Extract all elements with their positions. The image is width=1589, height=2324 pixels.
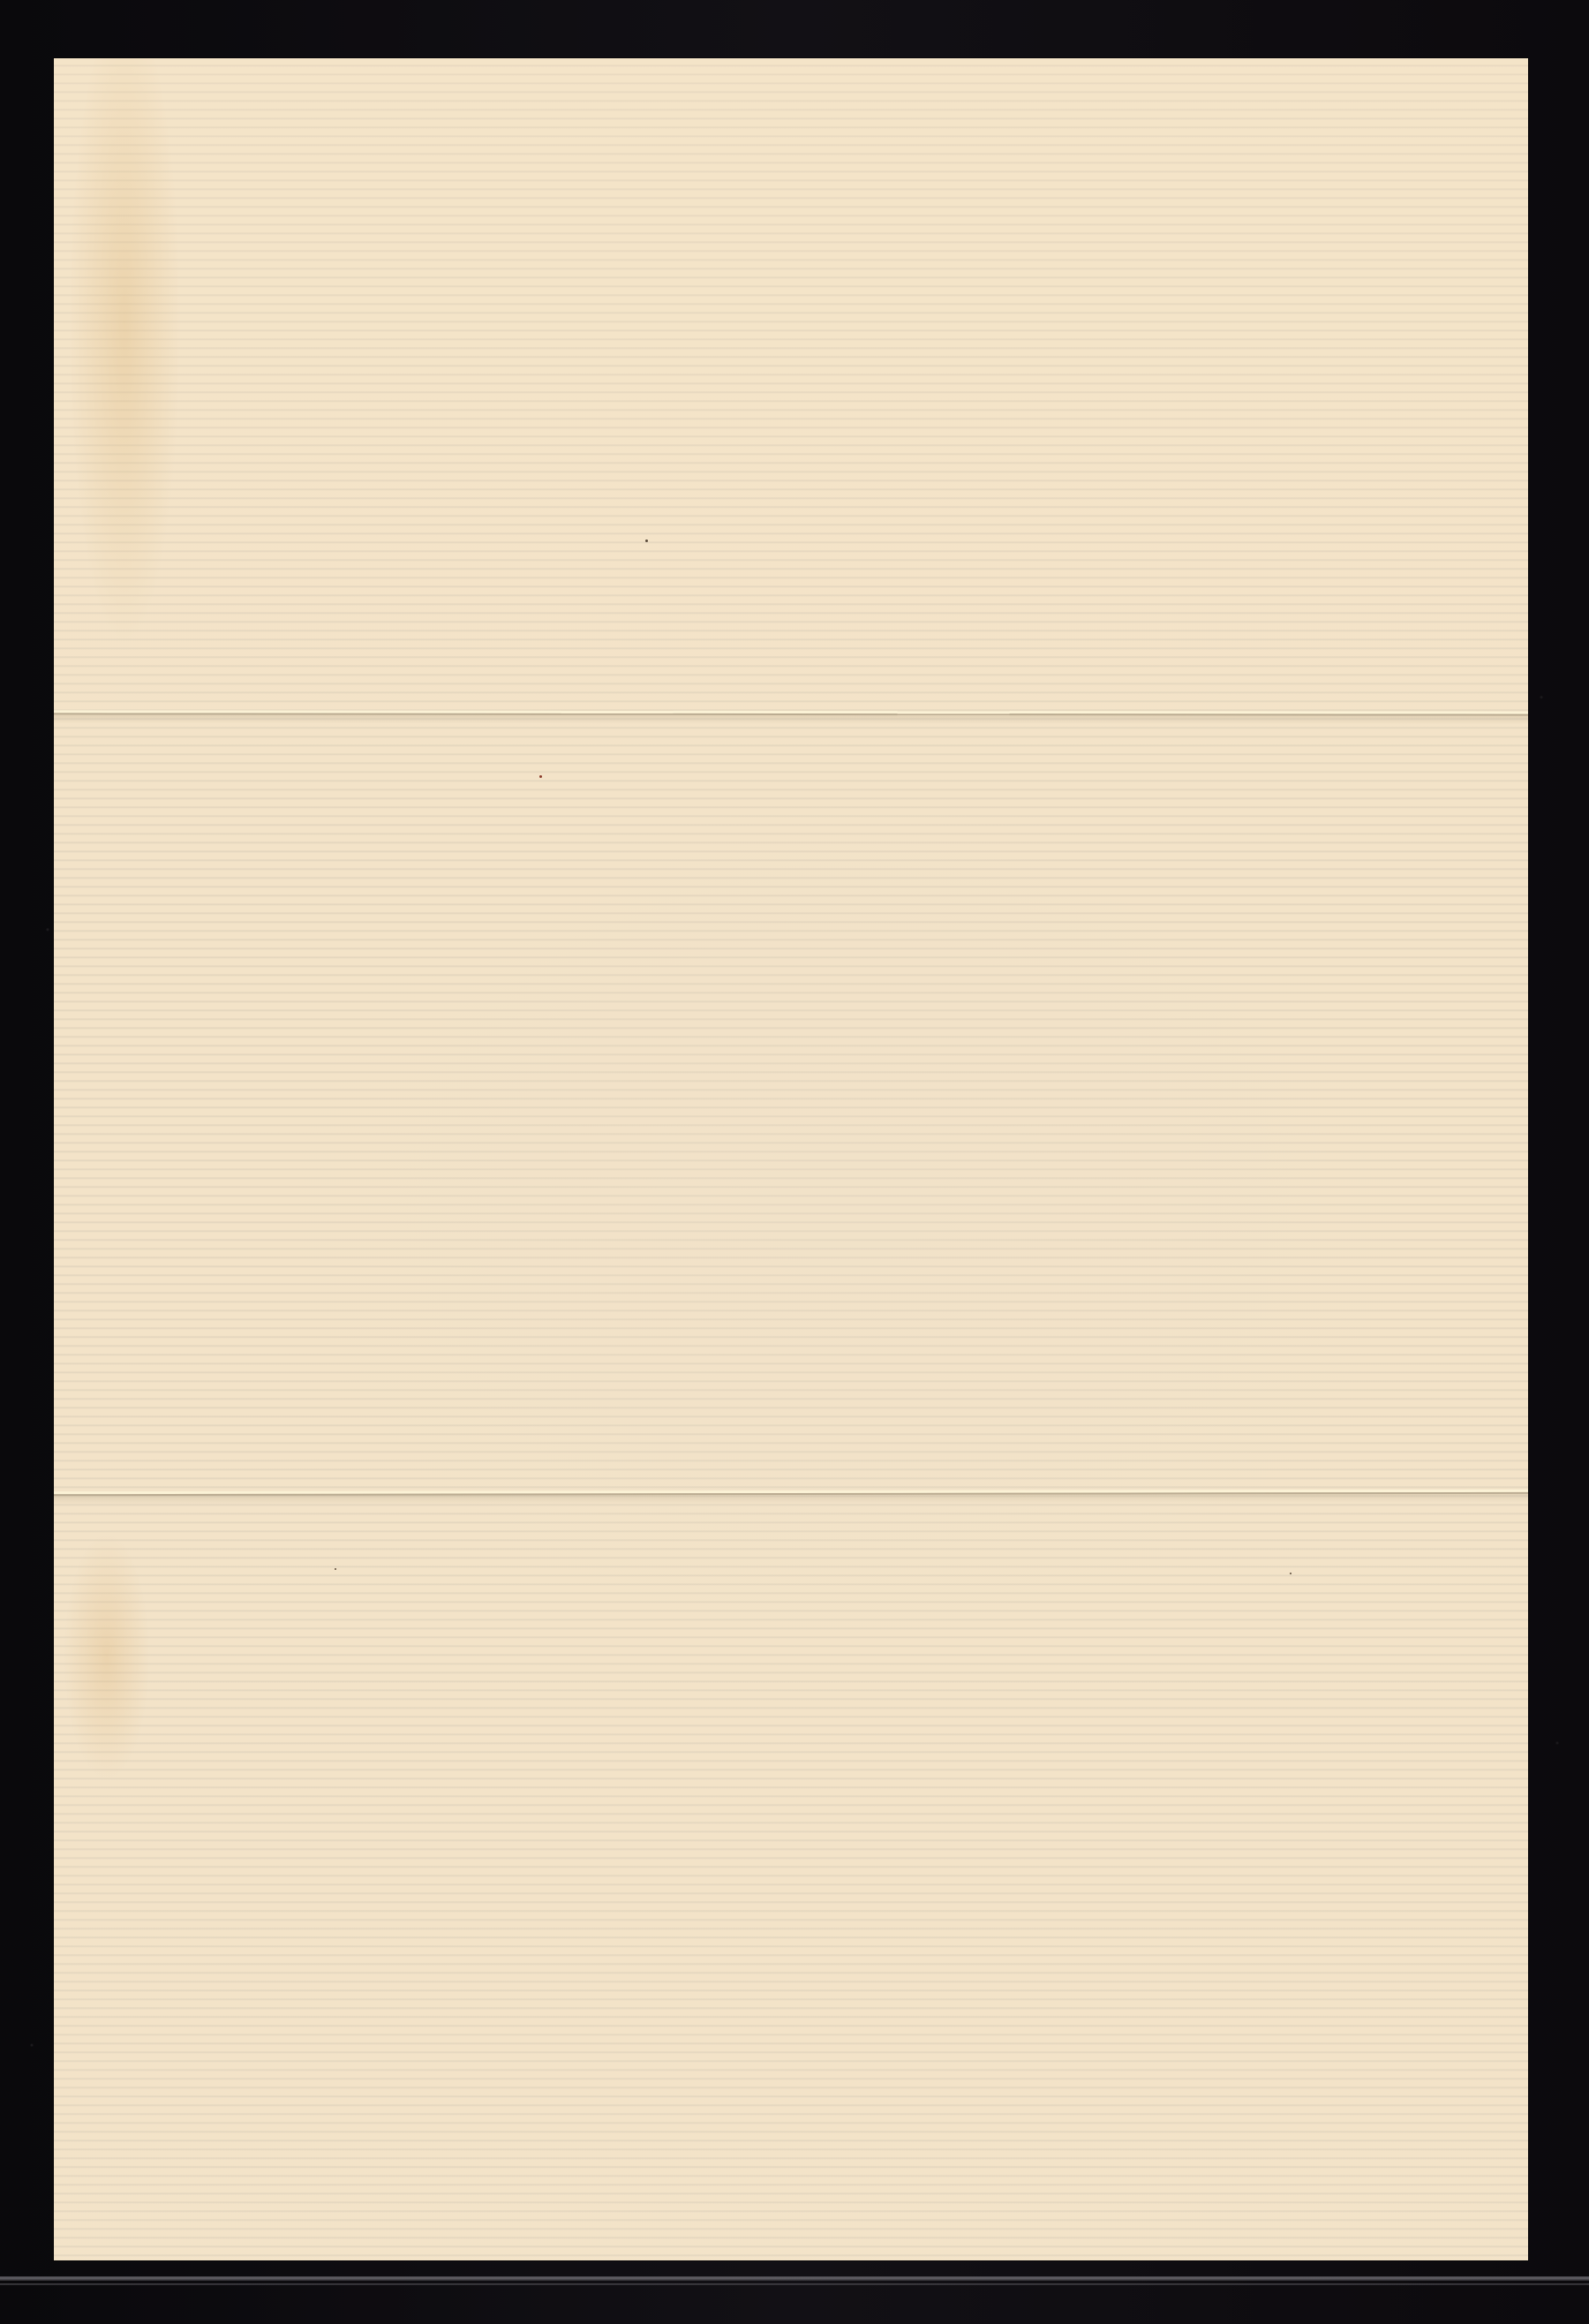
sheet-text	[54, 58, 55, 59]
scanner-bed-edge-secondary	[0, 2283, 1589, 2285]
blank-letter-sheet	[54, 58, 1528, 2260]
paper-speck	[335, 1568, 336, 1570]
upper-fold-crease	[54, 710, 1528, 718]
scanner-bed-edge	[0, 2276, 1589, 2281]
paper-speck	[645, 539, 648, 542]
paper-speck	[1290, 1573, 1292, 1574]
lower-fold-crease	[54, 1490, 1528, 1498]
paper-speck	[539, 775, 542, 778]
